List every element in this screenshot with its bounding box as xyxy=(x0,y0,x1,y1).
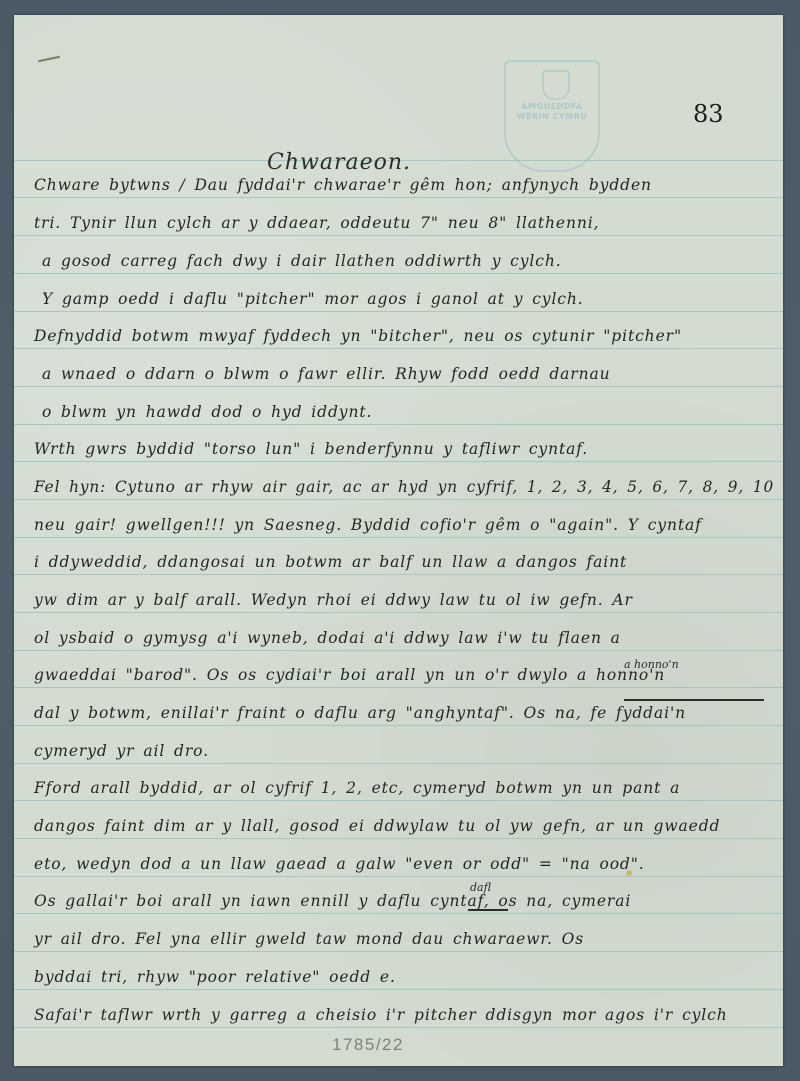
text-line: Y gamp oedd i daflu "pitcher" mor agos i… xyxy=(42,290,584,308)
text-line: neu gair! gwellgen!!! yn Saesneg. Byddid… xyxy=(34,516,702,534)
text-line: a gosod carreg fach dwy i dair llathen o… xyxy=(42,252,562,270)
text-line: Wrth gwrs byddid "torso lun" i benderfyn… xyxy=(34,440,588,458)
text-line: yw dim ar y balf arall. Wedyn rhoi ei dd… xyxy=(34,591,633,609)
text-line: eto, wedyn dod a un llaw gaead a galw "e… xyxy=(34,855,645,873)
text-line: Chware bytwns / Dau fyddai'r chwarae'r g… xyxy=(34,176,652,194)
text-line: ol ysbaid o gymysg a'i wyneb, dodai a'i … xyxy=(34,629,621,647)
text-line: a wnaed o ddarn o blwm o fawr ellir. Rhy… xyxy=(42,365,611,383)
text-line: Os gallai'r boi arall yn iawn ennill y d… xyxy=(34,892,631,910)
reference-number: 1785/22 xyxy=(332,1035,404,1055)
ink-stain xyxy=(626,870,632,876)
interlinear-insertion: a honno'n xyxy=(624,658,679,671)
interlinear-insertion: dafl xyxy=(470,881,491,894)
text-line: o blwm yn hawdd dod o hyd iddynt. xyxy=(42,403,372,421)
text-line: byddai tri, rhyw "poor relative" oedd e. xyxy=(34,968,396,986)
text-line: dangos faint dim ar y llall, gosod ei dd… xyxy=(34,817,720,835)
handwritten-body: Chware bytwns / Dau fyddai'r chwarae'r g… xyxy=(14,15,783,1066)
text-line: tri. Tynir llun cylch ar y ddaear, oddeu… xyxy=(34,214,599,232)
scan-frame: AMGUEDDFA WERIN CYMRU 83 Chwaraeon. Chwa… xyxy=(0,0,800,1081)
text-line: Defnyddid botwm mwyaf fyddech yn "bitche… xyxy=(34,327,682,345)
text-line: yr ail dro. Fel yna ellir gweld taw mond… xyxy=(34,930,584,948)
text-line: Fel hyn: Cytuno ar rhyw air gair, ac ar … xyxy=(34,478,774,496)
text-line: Safai'r taflwr wrth y garreg a cheisio i… xyxy=(34,1006,728,1024)
text-line: dal y botwm, enillai'r fraint o daflu ar… xyxy=(34,704,686,722)
text-line: cymeryd yr ail dro. xyxy=(34,742,209,760)
manuscript-page: AMGUEDDFA WERIN CYMRU 83 Chwaraeon. Chwa… xyxy=(14,15,783,1066)
text-line: Fford arall byddid, ar ol cyfrif 1, 2, e… xyxy=(34,779,680,797)
text-line: i ddyweddid, ddangosai un botwm ar balf … xyxy=(34,553,627,571)
strikethrough xyxy=(468,909,508,911)
strikethrough xyxy=(624,699,764,701)
text-line: gwaeddai "barod". Os os cydiai'r boi ara… xyxy=(34,666,665,684)
